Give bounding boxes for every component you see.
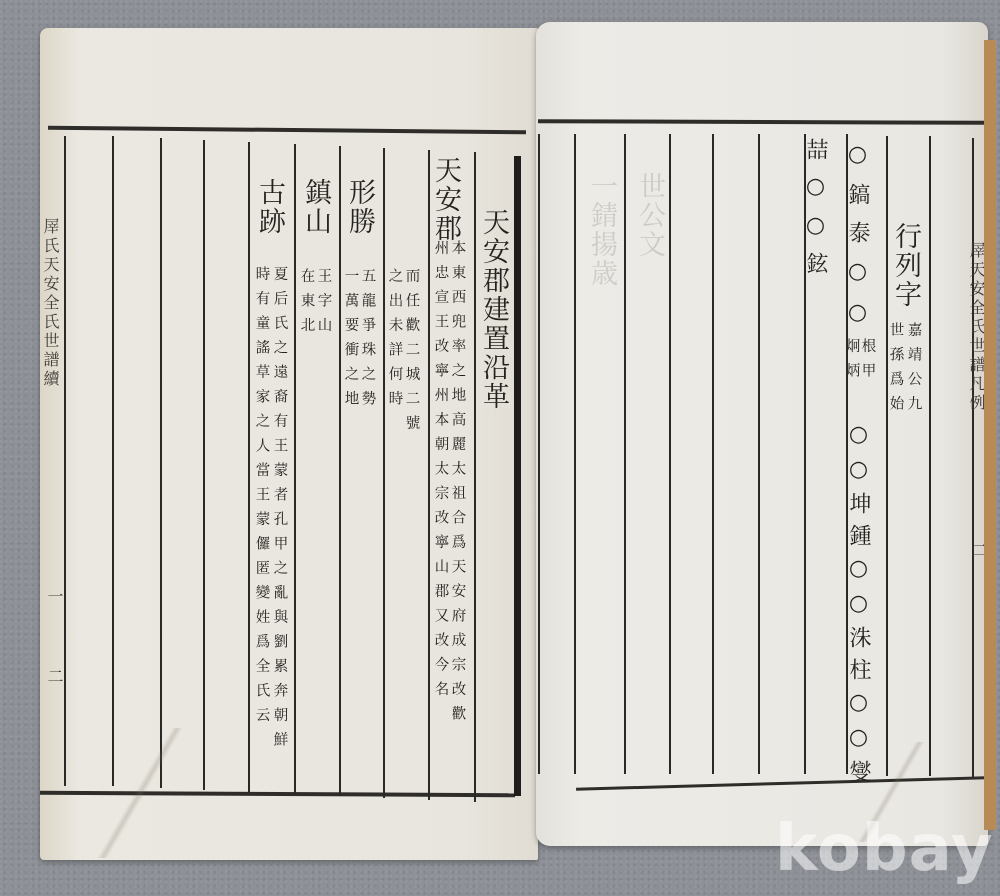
center-fold-rule (514, 156, 521, 796)
generation-note: 炯炳 (844, 338, 859, 387)
column-line (886, 136, 888, 776)
entry-heading-xingsheng: 形勝 (346, 178, 373, 236)
entry-heading-guji: 古跡 (256, 178, 283, 236)
left-margin-page-mark: 一 (46, 588, 62, 607)
column-line (294, 144, 296, 794)
column-line (538, 134, 540, 774)
left-margin-title: 屖氏天安全氏世譜續 (42, 218, 58, 389)
top-frame-rule (48, 126, 526, 135)
entry-text: 之出未詳何時 (387, 268, 402, 415)
column-line (248, 142, 250, 792)
right-page: 一錆揚歳 世公文 屖天安全氏世譜凡例 二 行列字 嘉靖公九 世孫爲始 ○鎬泰○○… (536, 22, 988, 846)
column-line (669, 134, 671, 774)
entry-text: 在東北 (299, 268, 314, 342)
bleed-through-text: 世公文 (636, 172, 663, 259)
column-line (712, 134, 714, 774)
watermark: kobay (775, 812, 994, 886)
column-line (203, 140, 205, 790)
column-line (758, 134, 760, 774)
column-line (112, 136, 114, 786)
column-line (624, 134, 626, 774)
generation-note: 根甲 (860, 338, 875, 387)
column-line (474, 152, 476, 802)
right-margin-title: 屖天安全氏世譜凡例 (968, 242, 984, 413)
generation-characters: ○○坤鍾○○洙柱○○燮 (847, 422, 869, 792)
column-line (64, 136, 66, 786)
entry-text: 州忠宣王改寧州本朝太宗改寧山郡又改今名 (433, 240, 448, 706)
entry-text: 五龍爭珠之勢 (360, 268, 375, 415)
left-page: 屖氏天安全氏世譜續 一 二 天安郡建置沿革 天安郡 本東西兜率之地高麗太祖合爲天… (40, 28, 538, 860)
paper-crease (40, 728, 240, 858)
bleed-through-text: 一錆揚歳 (588, 172, 615, 288)
entry-text: 本東西兜率之地高麗太祖合爲天安府成宗改歡 (450, 240, 465, 730)
column-line (428, 150, 430, 800)
column-line (339, 146, 341, 796)
entry-text: 一萬要衝之地 (343, 268, 358, 415)
generation-characters: 喆○○鉉 (804, 138, 826, 288)
hangryeol-heading: 行列字 (892, 222, 919, 309)
hangryeol-note: 嘉靖公九 (906, 322, 921, 420)
column-line (929, 136, 931, 776)
generation-characters: ○鎬泰○○ (846, 142, 868, 341)
entry-heading-zhenshan: 鎮山 (302, 178, 329, 236)
column-line (160, 138, 162, 788)
hangryeol-note: 世孫爲始 (888, 322, 903, 420)
top-frame-rule (538, 119, 988, 125)
column-line (972, 138, 974, 778)
entry-text: 夏后氏之遠裔有王蒙者孔甲之亂與劉累奔朝鮮 (272, 266, 287, 756)
section-heading: 天安郡建置沿革 (480, 208, 507, 411)
entry-text: 時有童謠草家之人當王蒙儸匿變姓爲全氏云 (254, 266, 269, 732)
column-line (383, 148, 385, 798)
entry-heading-tianan: 天安郡 (432, 156, 459, 243)
book-spine-edge (984, 40, 996, 830)
column-line (574, 134, 576, 774)
entry-text: 而任歡二城二號 (404, 268, 419, 440)
entry-text: 王字山 (316, 268, 331, 342)
left-margin-page-mark: 二 (46, 668, 62, 687)
